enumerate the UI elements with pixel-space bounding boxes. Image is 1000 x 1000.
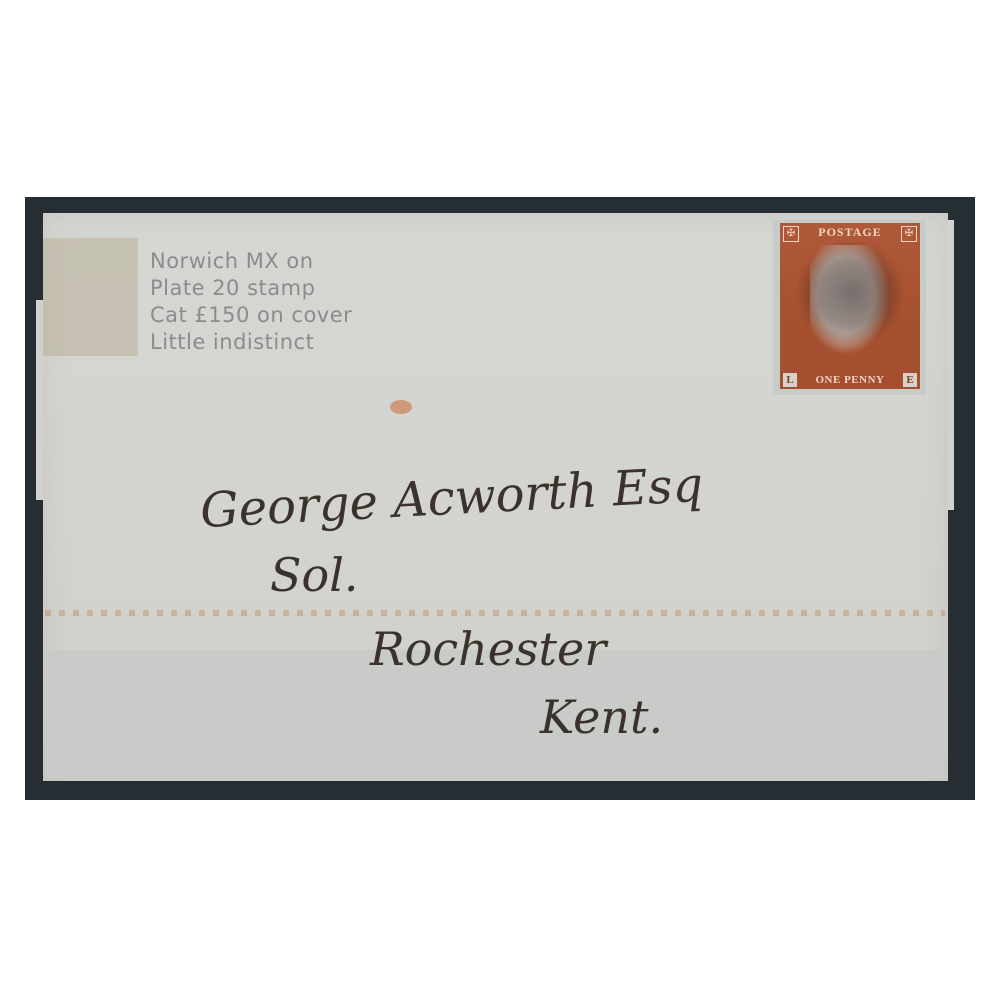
- pencil-annotation: Norwich MX on Plate 20 stamp Cat £150 on…: [150, 248, 450, 356]
- fold-foxing-stain: [45, 610, 945, 616]
- pencil-note-line: Plate 20 stamp: [150, 275, 450, 302]
- maltese-cross-postmark: [795, 238, 905, 348]
- address-line-title: Sol.: [270, 548, 359, 602]
- stamp-bottom-row: L ONE PENNY E: [780, 373, 920, 387]
- pencil-note-line: Cat £150 on cover: [150, 302, 450, 329]
- tape-residue: [43, 238, 138, 356]
- penny-red-stamp: ✠ ✠ POSTAGE L ONE PENNY E: [773, 220, 926, 395]
- check-letter-right: E: [903, 373, 917, 387]
- stamp-design: ✠ ✠ POSTAGE L ONE PENNY E: [780, 223, 920, 389]
- pencil-note-line: Norwich MX on: [150, 248, 450, 275]
- address-line-town: Rochester: [370, 622, 606, 676]
- red-ink-spot: [390, 400, 412, 414]
- stamp-value-label: ONE PENNY: [816, 374, 885, 386]
- address-line-county: Kent.: [540, 690, 663, 744]
- check-letter-left: L: [783, 373, 797, 387]
- pencil-note-line: Little indistinct: [150, 329, 450, 356]
